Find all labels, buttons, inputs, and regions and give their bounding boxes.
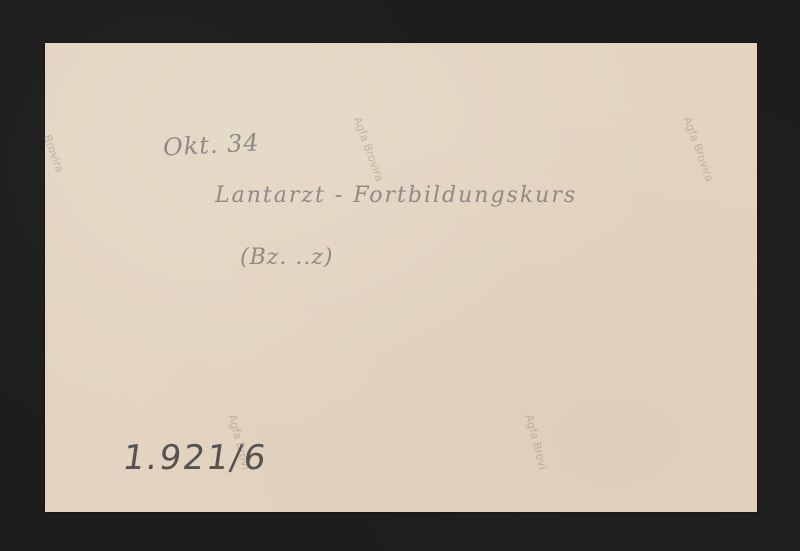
watermark-bottom-center: Agfa Brovi xyxy=(522,413,549,471)
watermark-right-top: Agfa Brovira xyxy=(681,115,716,183)
handwritten-note: (Bz. ..z) xyxy=(240,245,334,270)
handwritten-date: Okt. 34 xyxy=(162,128,260,161)
catalog-number: 1.921/6 xyxy=(120,438,270,478)
watermark-center-top: Agfa Brovira xyxy=(351,115,386,183)
watermark-left: Brovira xyxy=(41,133,67,174)
handwritten-title: Lantarzt - Fortbildungskurs xyxy=(215,183,577,208)
photo-back-card: Brovira Agfa Brovira Agfa Brovira Agfa B… xyxy=(45,43,757,512)
